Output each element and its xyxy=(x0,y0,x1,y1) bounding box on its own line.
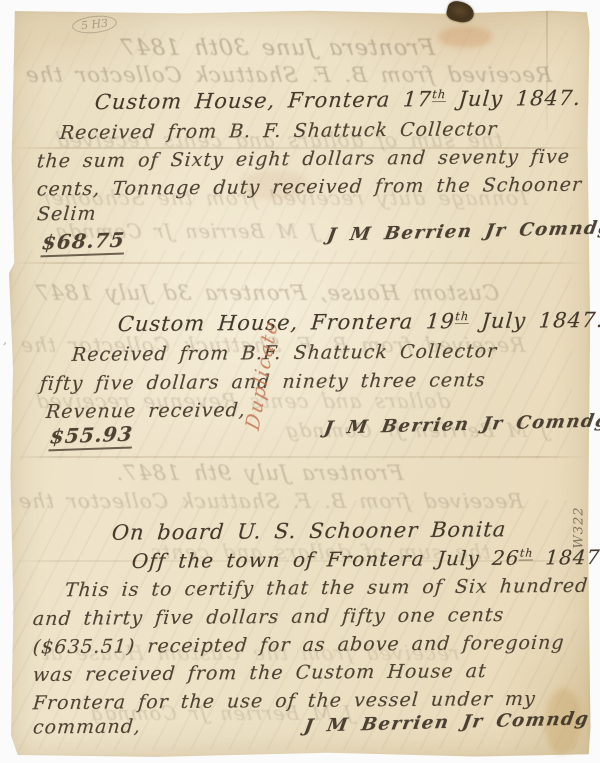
receipt3-line: command, xyxy=(32,716,142,739)
receipt1-amount: $68.75 xyxy=(40,228,126,258)
receipt1-heading-superscript: th xyxy=(432,87,447,102)
receipt3-heading2: Off the town of Frontera July 26th 1847 xyxy=(131,545,600,573)
receipt1-line: Selim xyxy=(36,203,97,226)
receipt2-amount: $55.93 xyxy=(48,422,134,452)
receipt1-heading-date: July 1847. xyxy=(445,86,582,111)
receipt1-heading-text: Custom House, Frontera 17 xyxy=(94,87,433,114)
receipt1-heading: Custom House, Frontera 17th July 1847. xyxy=(94,86,582,114)
receipt3-line: and thirty five dollars and fifty one ce… xyxy=(32,604,505,630)
receipt3-line: Frontera for the use of the vessel under… xyxy=(32,688,537,714)
pencil-edge-note: W322 xyxy=(572,506,587,548)
receipt3-heading2-superscript: th xyxy=(519,547,534,561)
stain xyxy=(438,26,492,48)
bleedthrough-line: Received from B. F. Shattuck Collector t… xyxy=(24,63,553,87)
receipt2-line: Received from B.F. Shattuck Collector xyxy=(71,340,498,366)
receipt3-heading2-text: Off the town of Frontera July 26 xyxy=(131,546,521,573)
receipt3-line: This is to certify that the sum of Six h… xyxy=(64,575,589,602)
receipt3-line: ($635.51) receipted for as above and for… xyxy=(32,632,565,659)
receipt2-heading-date: July 1847. xyxy=(468,308,600,333)
receipt2-heading: Custom House, Frontera 19th July 1847. xyxy=(117,308,600,336)
bleedthrough-line: Frontera June 30th 1847 xyxy=(119,36,436,61)
receipt2-line: Revenue received, xyxy=(45,399,247,423)
receipt1-line: Received from B. F. Shattuck Collector xyxy=(59,118,498,144)
receipt1-line: the sum of Sixty eight dollars and seven… xyxy=(36,146,571,173)
scanned-document-page: 5 H3 , W322 Frontera June 30th 1847 Rece… xyxy=(0,0,600,763)
receipt3-heading2-date: 1847 xyxy=(532,545,600,570)
receipt3-line: was received from the Custom House at xyxy=(32,660,488,686)
receipt3-heading1: On board U. S. Schooner Bonita xyxy=(111,517,507,544)
receipt2-heading-superscript: th xyxy=(455,309,470,324)
pencil-margin-mark: , xyxy=(3,333,7,347)
bleedthrough-line: Received from B. F. Shattuck Collector t… xyxy=(17,489,524,513)
receipt2-heading-text: Custom House, Frontera 19 xyxy=(117,309,456,336)
bleedthrough-line: Frontera July 9th 1847. xyxy=(114,461,405,485)
pencil-corner-note-text: 5 H3 xyxy=(80,17,108,33)
